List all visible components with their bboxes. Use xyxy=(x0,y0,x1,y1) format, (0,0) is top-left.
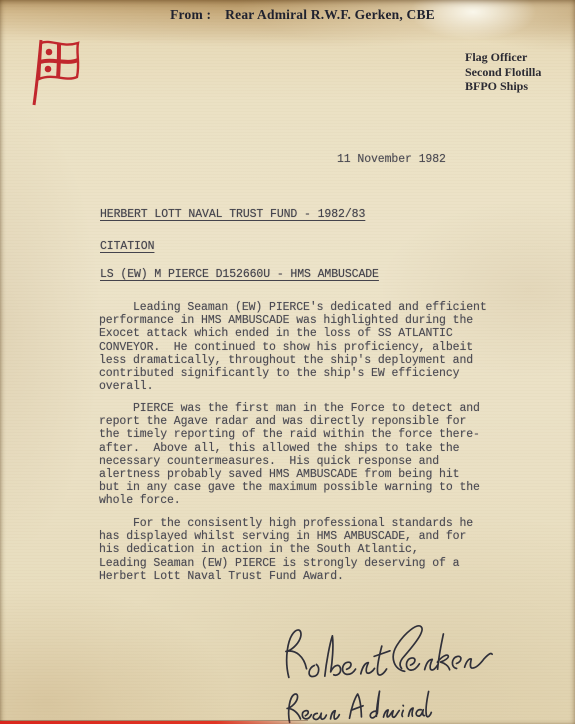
paragraph-1: Leading Seaman (EW) PIERCE's dedicated a… xyxy=(99,301,487,393)
heading-trust-fund: HERBERT LOTT NAVAL TRUST FUND - 1982/83 xyxy=(100,208,365,221)
letterhead: Flag Officer Second Flotilla BFPO Ships xyxy=(465,50,541,94)
letterhead-line-2: Second Flotilla xyxy=(465,65,541,80)
paragraph-3: For the consisently high professional st… xyxy=(99,517,473,583)
heading-citation: CITATION xyxy=(100,240,154,253)
date: 11 November 1982 xyxy=(337,153,446,166)
from-label: From : xyxy=(170,7,211,22)
from-line: From :Rear Admiral R.W.F. Gerken, CBE xyxy=(30,7,575,23)
signature-name-handwriting xyxy=(275,612,495,692)
signature-title-handwriting xyxy=(280,681,433,724)
letterhead-line-3: BFPO Ships xyxy=(465,79,541,94)
rear-admiral-flag-icon xyxy=(26,36,90,110)
paragraph-2: PIERCE was the first man in the Force to… xyxy=(99,402,480,508)
letterhead-line-1: Flag Officer xyxy=(465,50,541,65)
scanned-letter: From :Rear Admiral R.W.F. Gerken, CBE Fl… xyxy=(0,0,575,724)
heading-recipient: LS (EW) M PIERCE D152660U - HMS AMBUSCAD… xyxy=(100,268,379,281)
from-value: Rear Admiral R.W.F. Gerken, CBE xyxy=(225,7,435,22)
